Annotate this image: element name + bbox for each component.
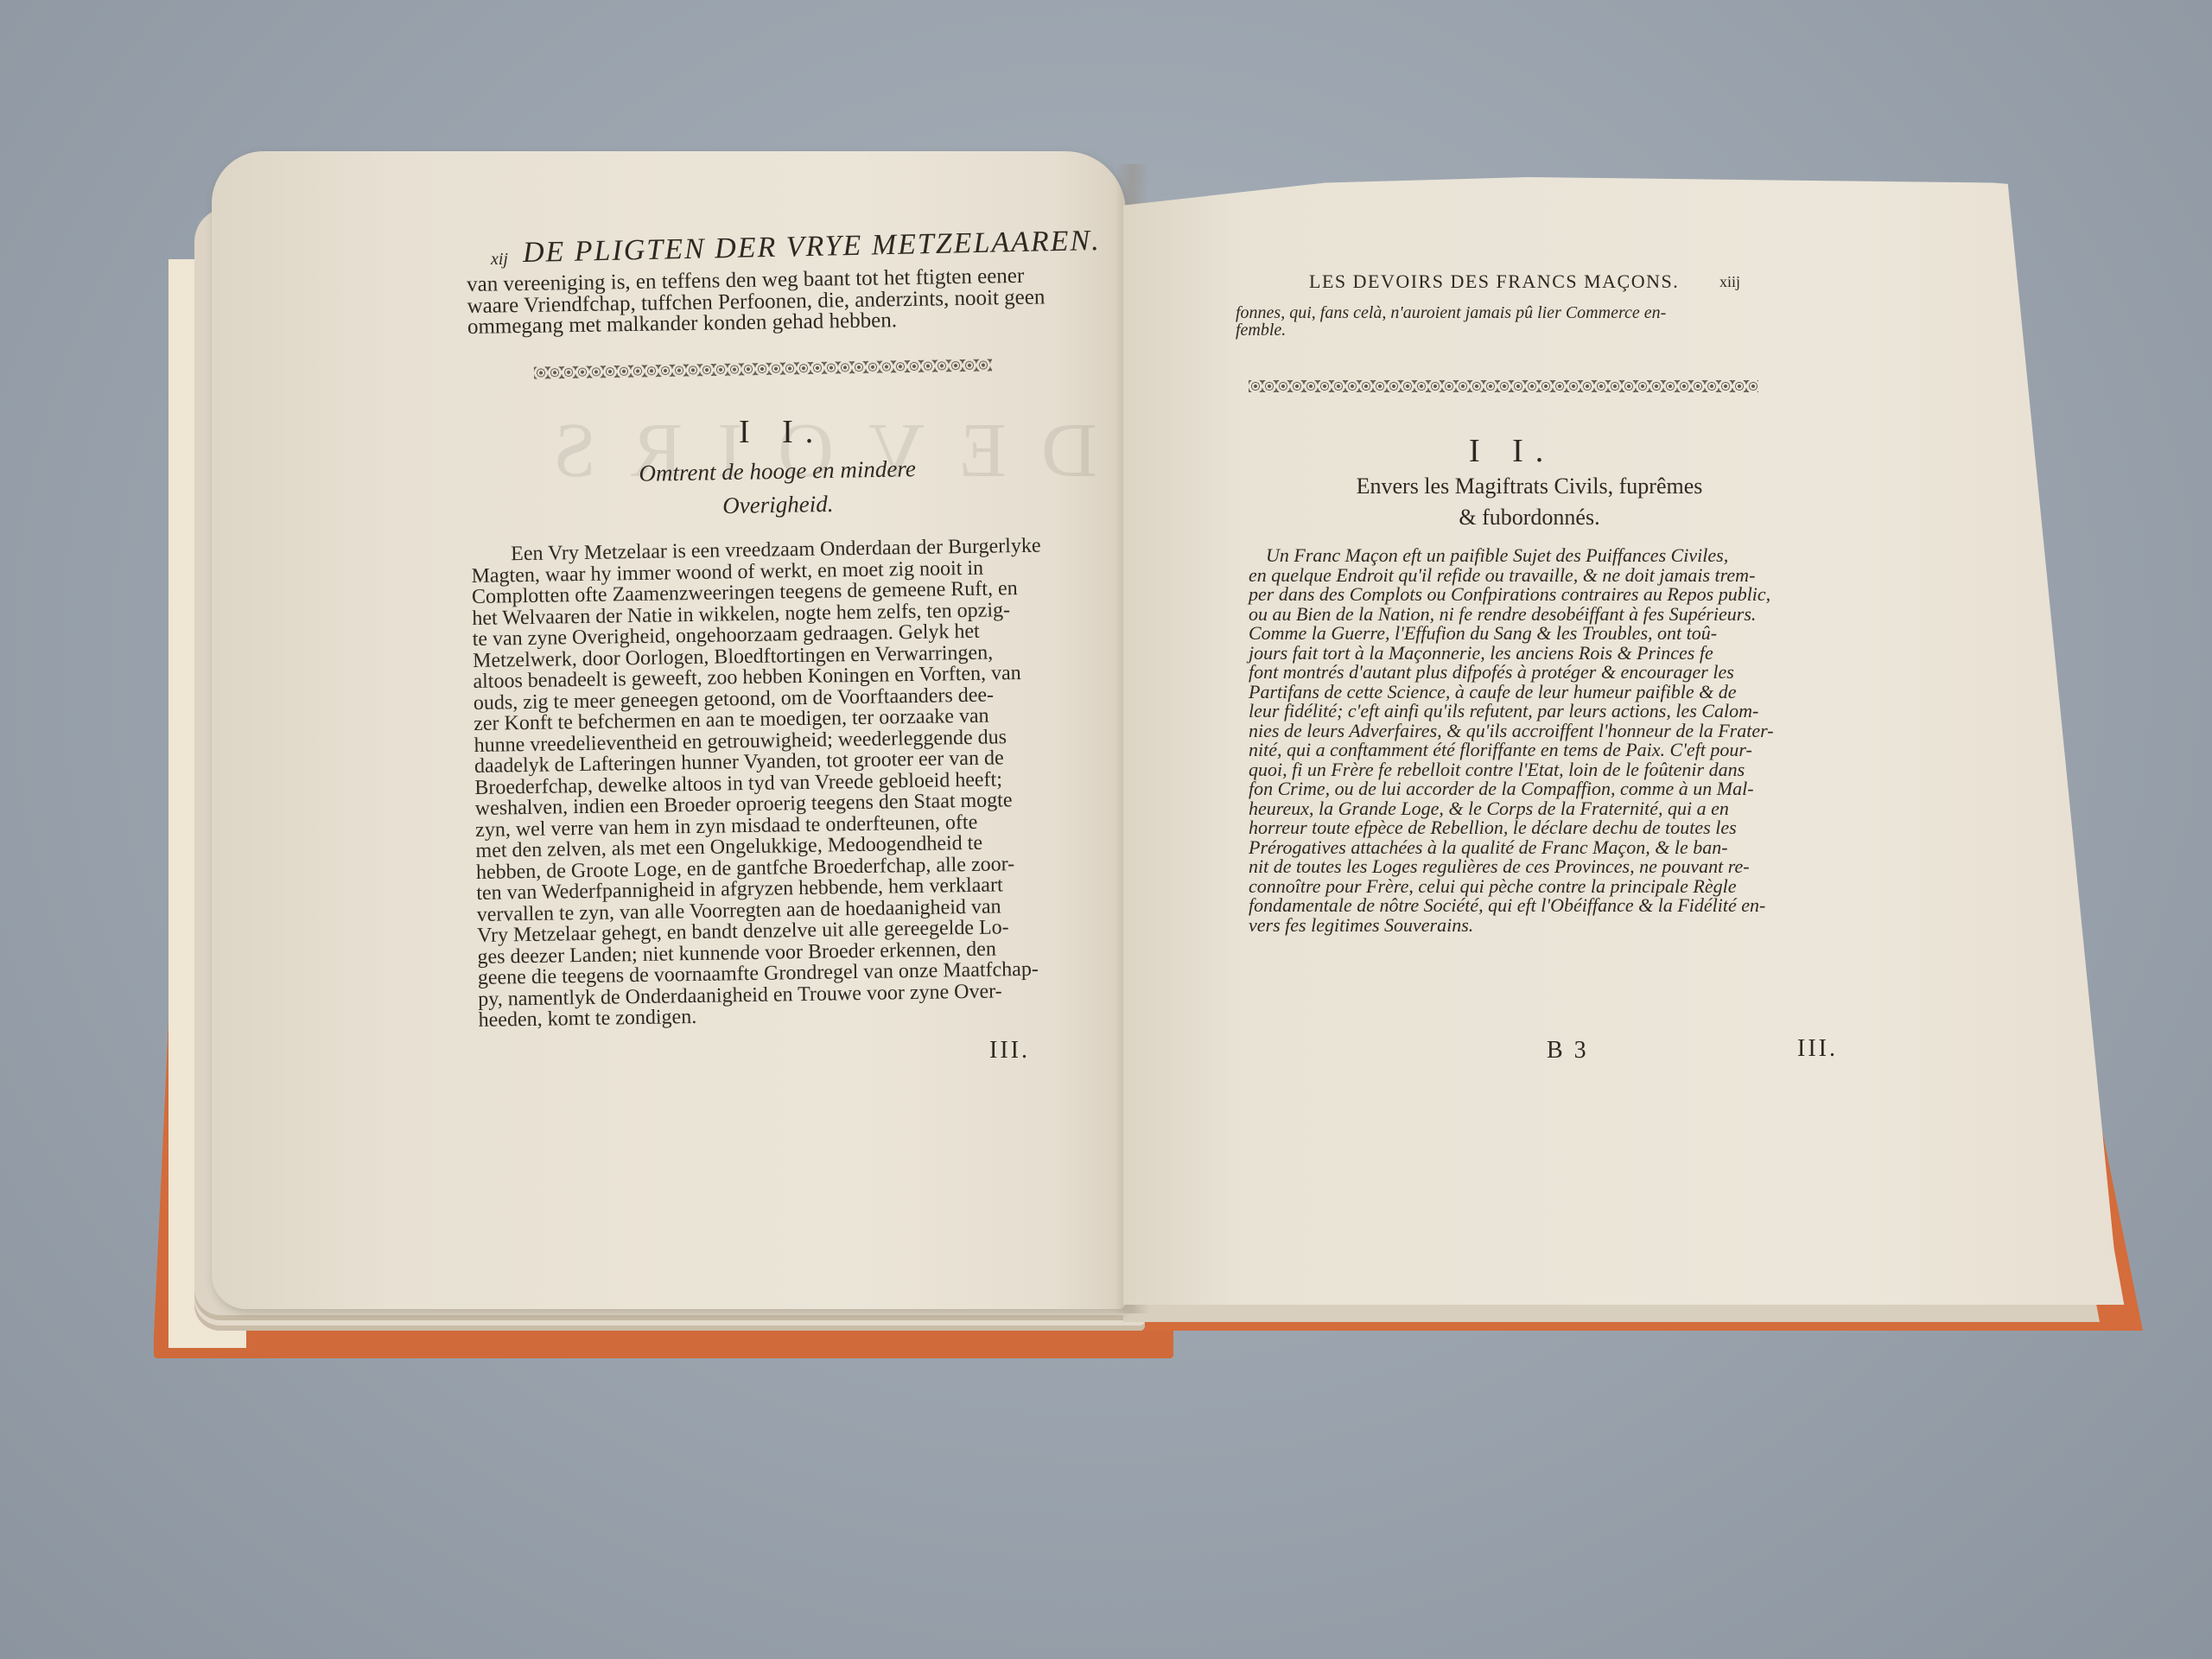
right-section-number: I I. [1469, 432, 1555, 470]
title-line: Omtrent de hooge en mindere [595, 454, 958, 487]
left-body-text: Een Vry Metzelaar is een vreedzaam Onder… [471, 536, 1049, 1032]
title-line: & fubordonnés. [1287, 505, 1771, 531]
left-folio: xij [491, 251, 508, 268]
text-line: quoi, fi un Frère fe rebelloit contre l'… [1249, 760, 1767, 780]
right-carryover-text: fonnes, qui, fans celà, n'auroient jamai… [1236, 304, 1754, 339]
right-folio: xiij [1719, 274, 1740, 289]
right-body-text: Un Franc Maçon eft un paifible Sujet des… [1249, 546, 1767, 935]
left-section-number: I I. [739, 413, 825, 451]
text-line: Comme la Guerre, l'Effufion du Sang & le… [1249, 624, 1767, 644]
text-line: Un Franc Maçon eft un paifible Sujet des… [1249, 546, 1767, 566]
right-section-title: Envers les Magiftrats Civils, fuprêmes &… [1287, 474, 1771, 531]
text-line: en quelque Endroit qu'il refide ou trava… [1249, 566, 1767, 586]
ornamental-rule-right [1249, 380, 1758, 392]
right-running-head: LES DEVOIRS DES FRANCS MAÇONS. [1309, 272, 1679, 291]
text-line: vers fes legitimes Souverains. [1249, 916, 1767, 936]
text-line: horreur toute efpèce de Rebellion, le dé… [1249, 818, 1767, 838]
title-line: Envers les Magiftrats Civils, fuprêmes [1287, 474, 1771, 499]
text-line: Prérogatives attachées à la qualité de F… [1249, 838, 1767, 858]
text-line: femble. [1236, 321, 1754, 339]
text-line: fon Crime, ou de lui accorder de la Comp… [1249, 779, 1767, 799]
text-line: nies de leurs Adverfaires, & qu'ils accr… [1249, 721, 1767, 741]
book-photo: DEVOIRS xij DE PLIGTEN DER VRYE METZELAA… [0, 0, 2212, 1659]
right-catchword: III. [1797, 1035, 1838, 1063]
right-signature-mark: B 3 [1547, 1037, 1589, 1065]
text-line: connoître pour Frère, celui qui pèche co… [1249, 877, 1767, 897]
text-line: fonnes, qui, fans celà, n'auroient jamai… [1236, 304, 1754, 321]
left-catchword: III. [989, 1037, 1030, 1065]
text-line: font montrés d'autant plus difpofés à pr… [1249, 663, 1767, 683]
text-line: ou au Bien de la Nation, ni fe rendre de… [1249, 605, 1767, 625]
text-line: heureux, la Grande Loge, & le Corps de l… [1249, 799, 1767, 819]
text-line: jours fait tort à la Maçonnerie, les anc… [1249, 644, 1767, 664]
text-line: leur fidélité; c'eft ainfi qu'ils refute… [1249, 702, 1767, 721]
text-line: per dans des Complots ou Confpirations c… [1249, 585, 1767, 605]
left-carryover-text: van vereeniging is, en teffens den weg b… [467, 266, 1038, 339]
text-line: fondamentale de nôtre Société, qui eft l… [1249, 896, 1767, 916]
text-line: Partifans de cette Science, à caufe de l… [1249, 683, 1767, 702]
text-line: nit de toutes les Loges regulières de ce… [1249, 857, 1767, 877]
text-line: nité, qui a conftamment été floriffante … [1249, 741, 1767, 760]
left-section-title: Omtrent de hooge en mindere Overigheid. [595, 454, 959, 521]
